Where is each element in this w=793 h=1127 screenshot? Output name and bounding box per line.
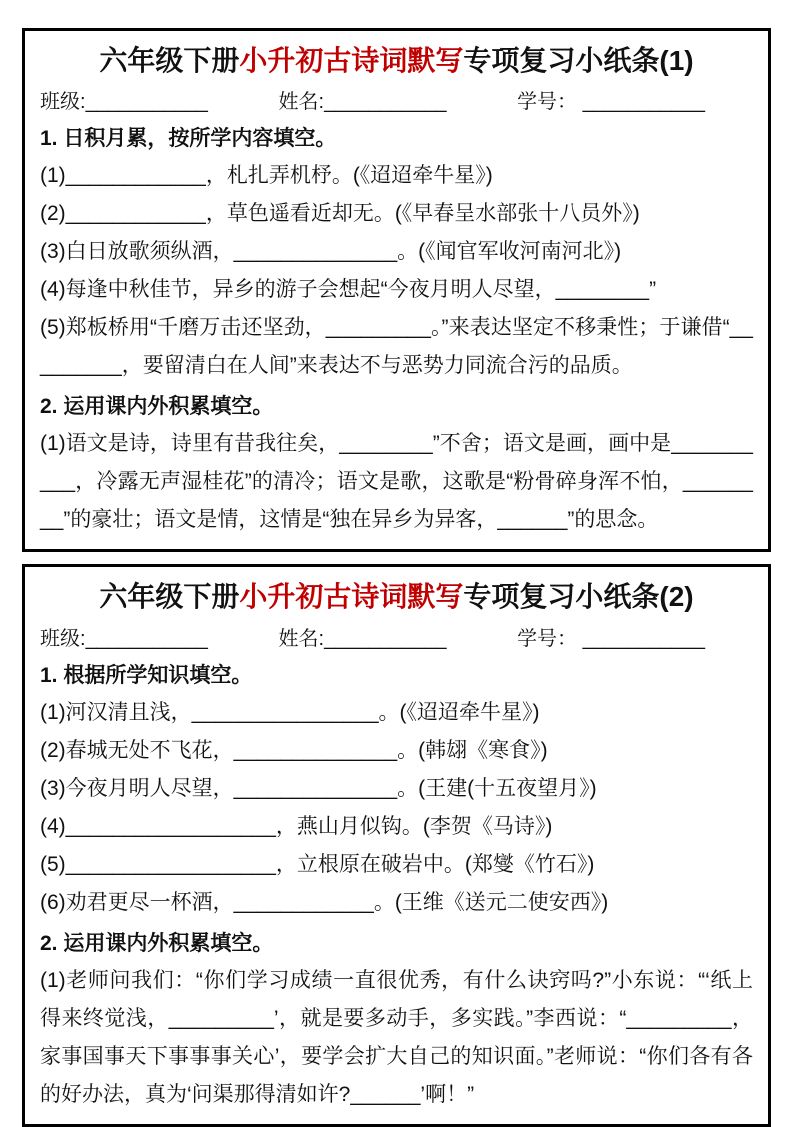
card1-class-field: 班级:___________ — [40, 87, 208, 117]
card2-s1-question-2: (2)春城无处不飞花，______________。(韩翃《寒食》) — [40, 732, 753, 770]
card2-id-blank: ___________ — [583, 628, 705, 650]
card1-section2-heading: 2. 运用课内外积累填空。 — [40, 389, 753, 425]
card2-name-label: 姓名: — [279, 628, 325, 650]
card1-title-prefix: 六年级下册 — [99, 45, 239, 76]
card1-class-blank: ___________ — [86, 91, 208, 113]
card1-s1-question-3: (3)白日放歌须纵酒，______________。(《闻官军收河南河北》) — [40, 233, 753, 271]
card1-student-info-row: 班级:___________ 姓名:___________ 学号： ______… — [40, 87, 753, 117]
card2-title-highlight: 小升初古诗词默写 — [239, 581, 463, 612]
card2-s1-question-1: (1)河汉清且浅，________________。(《迢迢牵牛星》) — [40, 694, 753, 732]
card2-section2-heading: 2. 运用课内外积累填空。 — [40, 926, 753, 962]
card2-class-label: 班级: — [40, 628, 86, 650]
card2-s1-question-3: (3)今夜月明人尽望，______________。(王建(十五夜望月》) — [40, 770, 753, 808]
card2-title-prefix: 六年级下册 — [99, 581, 239, 612]
card2-section-1: 1. 根据所学知识填空。 (1)河汉清且浅，________________。(… — [40, 658, 753, 922]
card1-name-label: 姓名: — [279, 91, 325, 113]
card2-s1-question-6: (6)劝君更尽一杯酒，____________。(王维《送元二使安西》) — [40, 884, 753, 922]
card2-class-field: 班级:___________ — [40, 624, 208, 654]
card1-s1-question-2: (2)____________，草色遥看近却无。(《早春呈水部张十八员外》) — [40, 195, 753, 233]
card2-student-info-row: 班级:___________ 姓名:___________ 学号： ______… — [40, 624, 753, 654]
card1-title-highlight: 小升初古诗词默写 — [239, 45, 463, 76]
card1-s1-question-1: (1)____________，札扎弄机杼。(《迢迢牵牛星》) — [40, 157, 753, 195]
card1-section1-heading: 1. 日积月累，按所学内容填空。 — [40, 121, 753, 157]
card2-name-field: 姓名:___________ — [279, 624, 447, 654]
card1-section-1: 1. 日积月累，按所学内容填空。 (1)____________，札扎弄机杼。(… — [40, 121, 753, 385]
card1-s1-question-5: (5)郑板桥用“千磨万击还坚劲，_________。”来表达坚定不移秉性；于谦借… — [40, 309, 753, 385]
card2-title: 六年级下册小升初古诗词默写专项复习小纸条(2) — [40, 579, 753, 615]
card1-class-label: 班级: — [40, 91, 86, 113]
card2-section1-heading: 1. 根据所学知识填空。 — [40, 658, 753, 694]
card1-id-label: 学号： — [517, 91, 577, 113]
card1-section-2: 2. 运用课内外积累填空。 (1)语文是诗，诗里有昔我往矣，________”不… — [40, 389, 753, 539]
worksheet-card-2: 六年级下册小升初古诗词默写专项复习小纸条(2) 班级:___________ 姓… — [22, 564, 771, 1126]
card1-title: 六年级下册小升初古诗词默写专项复习小纸条(1) — [40, 43, 753, 79]
card1-name-field: 姓名:___________ — [279, 87, 447, 117]
card1-name-blank: ___________ — [324, 91, 446, 113]
card2-id-label: 学号： — [517, 628, 577, 650]
card2-s1-question-4: (4)__________________，燕山月似钩。(李贺《马诗》) — [40, 808, 753, 846]
card2-id-field: 学号： ___________ — [517, 624, 705, 654]
card1-s1-question-4: (4)每逢中秋佳节，异乡的游子会想起“今夜月明人尽望，________” — [40, 271, 753, 309]
worksheet-page: 六年级下册小升初古诗词默写专项复习小纸条(1) 班级:___________ 姓… — [0, 0, 793, 1121]
worksheet-card-1: 六年级下册小升初古诗词默写专项复习小纸条(1) 班级:___________ 姓… — [22, 28, 771, 552]
card1-title-suffix: 专项复习小纸条(1) — [463, 45, 693, 76]
card1-s2-question-1: (1)语文是诗，诗里有昔我往矣，________”不舍；语文是画，画中是____… — [40, 425, 753, 539]
card1-id-field: 学号： ___________ — [517, 87, 705, 117]
card2-s2-question-1: (1)老师问我们：“你们学习成绩一直很优秀，有什么诀窍吗?”小东说：“‘纸上得来… — [40, 962, 753, 1114]
card2-section-2: 2. 运用课内外积累填空。 (1)老师问我们：“你们学习成绩一直很优秀，有什么诀… — [40, 926, 753, 1114]
card2-s1-question-5: (5)__________________，立根原在破岩中。(郑燮《竹石》) — [40, 846, 753, 884]
card2-class-blank: ___________ — [86, 628, 208, 650]
card2-name-blank: ___________ — [324, 628, 446, 650]
card2-title-suffix: 专项复习小纸条(2) — [463, 581, 693, 612]
card1-id-blank: ___________ — [583, 91, 705, 113]
